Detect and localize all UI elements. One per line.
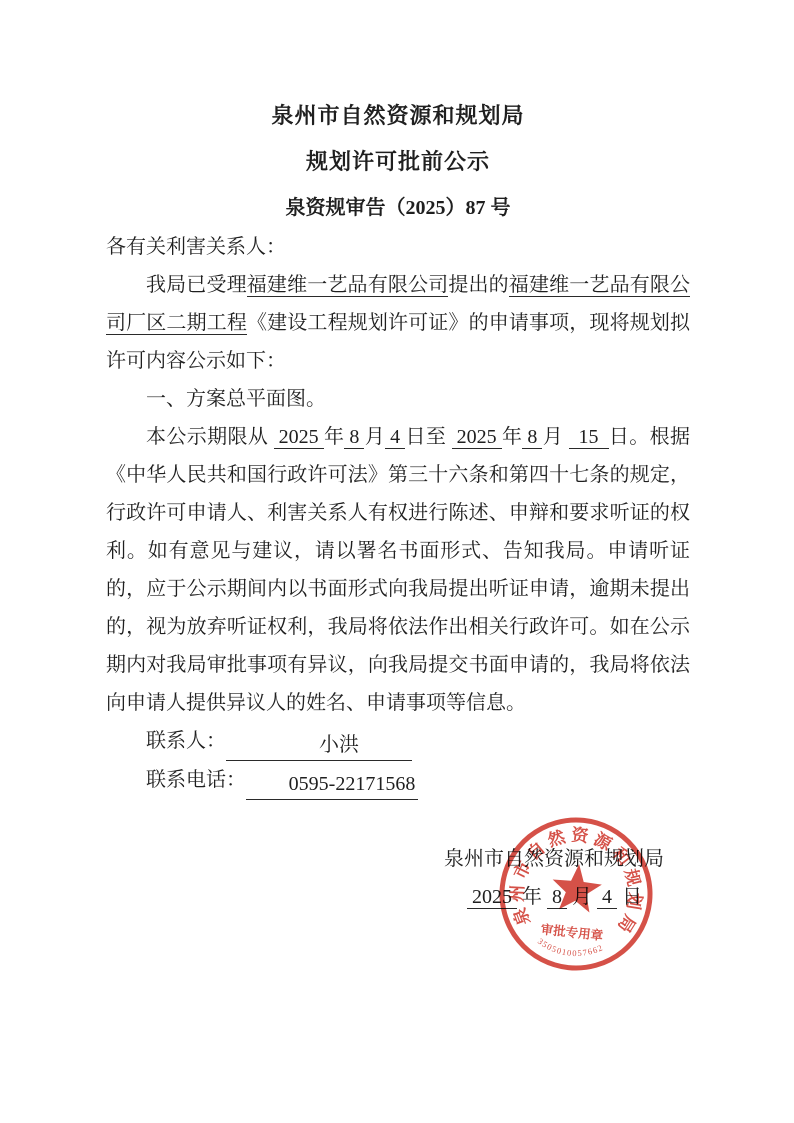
- from-day: 4: [385, 426, 405, 449]
- document-page: 泉州市自然资源和规划局 规划许可批前公示 泉资规审告（2025）87 号 各有关…: [0, 0, 794, 1123]
- unit-month: 月: [542, 426, 563, 448]
- application-paragraph: 我局已受理福建维一艺品有限公司提出的福建维一艺品有限公司厂区二期工程《建设工程规…: [106, 266, 690, 380]
- document-content: 泉州市自然资源和规划局 规划许可批前公示 泉资规审告（2025）87 号 各有关…: [106, 100, 690, 916]
- sig-day: 4: [597, 886, 617, 909]
- signature-bureau: 泉州市自然资源和规划局: [106, 840, 690, 878]
- contact-phone-value: 0595-22171568: [289, 773, 416, 795]
- unit-day: 日: [622, 886, 642, 908]
- salutation: 各有关利害关系人：: [106, 228, 690, 266]
- unit-year: 年: [502, 426, 523, 448]
- sig-month: 8: [547, 886, 567, 909]
- contact-phone-row: 联系电话：0595-22171568: [106, 761, 690, 800]
- contact-phone-fill: 0595-22171568: [246, 769, 418, 800]
- notice-pre: 本公示期限从: [146, 426, 268, 448]
- signature-date: 2025 年 8 月 4 日: [106, 878, 690, 916]
- contact-name-value: 小洪: [319, 734, 359, 756]
- apply-prefix: 我局已受理: [146, 274, 247, 296]
- contact-name-label: 联系人：: [146, 730, 226, 752]
- unit-year: 年: [324, 426, 345, 448]
- from-month: 8: [344, 426, 364, 449]
- to-day: 15: [569, 426, 609, 449]
- to-month: 8: [522, 426, 542, 449]
- list-item-plan: 一、方案总平面图。: [106, 380, 690, 418]
- signature-block: 泉州市自然资源和规划局 2025 年 8 月 4 日: [106, 840, 690, 916]
- notice-rest: 日。根据《中华人民共和国行政许可法》第三十六条和第四十七条的规定，行政许可申请人…: [106, 426, 690, 714]
- notice-period-paragraph: 本公示期限从 2025年8月4日至 2025年8月 15日。根据《中华人民共和国…: [106, 418, 690, 722]
- seal-serial-number: 3505010057662: [535, 935, 606, 961]
- unit-month: 月: [572, 886, 592, 908]
- contact-phone-label: 联系电话：: [146, 769, 246, 791]
- contact-name-row: 联系人：小洪: [106, 722, 690, 761]
- to-year: 2025: [452, 426, 502, 449]
- notice-subtitle: 规划许可批前公示: [106, 146, 690, 178]
- from-year: 2025: [274, 426, 324, 449]
- seal-center-label: 审批专用章: [540, 922, 604, 944]
- sig-year: 2025: [467, 886, 517, 909]
- document-number: 泉资规审告（2025）87 号: [106, 194, 690, 222]
- unit-month: 月: [364, 426, 385, 448]
- apply-mid: 提出的: [448, 274, 508, 296]
- notice-join: 日至: [405, 426, 446, 448]
- bureau-title: 泉州市自然资源和规划局: [106, 100, 690, 132]
- unit-year: 年: [522, 886, 542, 908]
- contact-name-fill: 小洪: [226, 730, 412, 761]
- applicant-name: 福建维一艺品有限公司: [247, 274, 449, 297]
